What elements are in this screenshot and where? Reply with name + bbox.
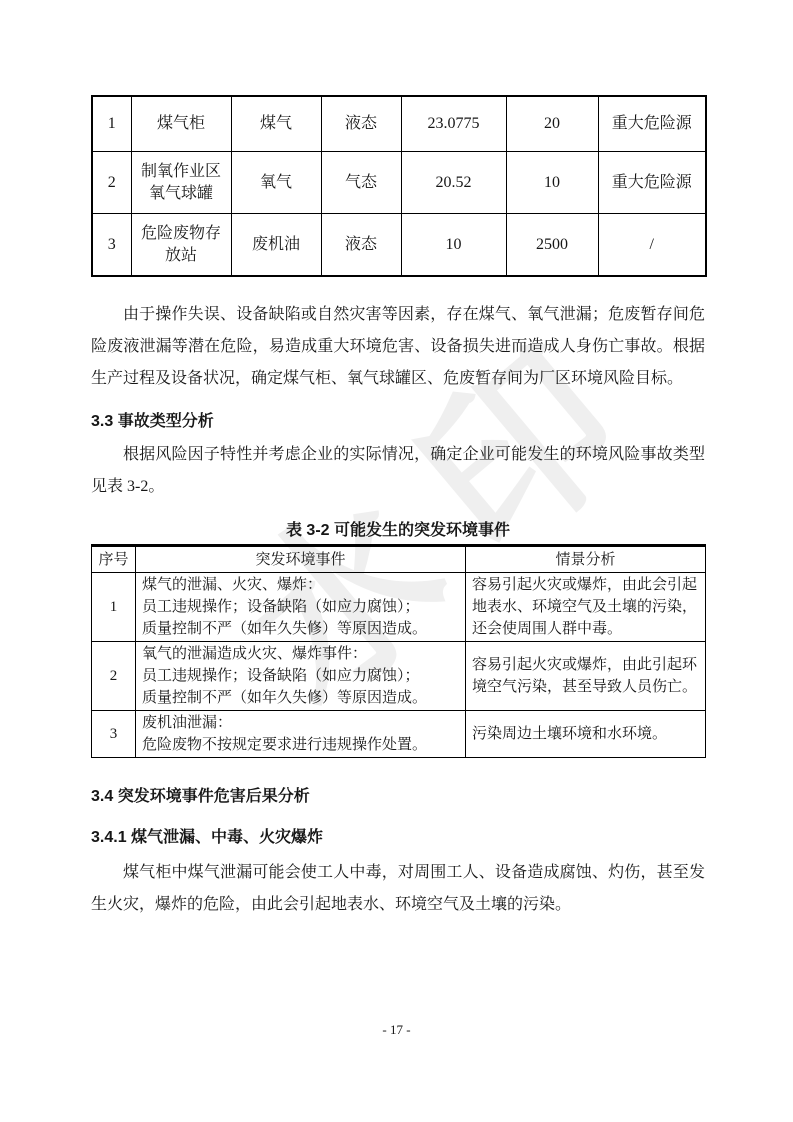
physical-state: 气态: [321, 152, 401, 214]
scenario-analysis: 容易引起火灾或爆炸，由此引起环境空气污染，甚至导致人员伤亡。: [466, 642, 706, 711]
scenario-analysis: 容易引起火灾或爆炸，由此会引起地表水、环境空气及土壤的污染，还会使周围人群中毒。: [466, 573, 706, 642]
paragraph-risk-summary: 由于操作失误、设备缺陷或自然灾害等因素，存在煤气、氧气泄漏；危废暂存间危险废液泄…: [91, 299, 705, 395]
substance: 煤气: [231, 96, 321, 152]
row-number: 3: [92, 711, 136, 758]
section-heading-3-4: 3.4 突发环境事件危害后果分析: [91, 786, 705, 808]
physical-state: 液态: [321, 96, 401, 152]
section-heading-3-4-1: 3.4.1 煤气泄漏、中毒、火灾爆炸: [91, 827, 705, 849]
table-row: 3 危险废物存 放站 废机油 液态 10 2500 /: [92, 214, 706, 277]
header-no: 序号: [92, 546, 136, 573]
threshold: 20: [506, 96, 598, 152]
paragraph-3-3: 根据风险因子特性并考虑企业的实际情况，确定企业可能发生的环境风险事故类型见表 3…: [91, 439, 705, 503]
row-number: 1: [92, 96, 131, 152]
result: 重大危险源: [598, 152, 706, 214]
unit-name: 制氧作业区 氧气球罐: [131, 152, 231, 214]
result: /: [598, 214, 706, 277]
hazard-source-table: 1 煤气柜 煤气 液态 23.0775 20 重大危险源 2 制氧作业区 氧气球…: [91, 95, 707, 277]
page-number: - 17 -: [0, 1022, 793, 1038]
threshold: 2500: [506, 214, 598, 277]
page-content: 1 煤气柜 煤气 液态 23.0775 20 重大危险源 2 制氧作业区 氧气球…: [91, 95, 705, 937]
row-number: 1: [92, 573, 136, 642]
document-page: 水印 1 煤气柜 煤气 液态 23.0775 20 重大危险源 2: [0, 0, 793, 1122]
row-number: 2: [92, 642, 136, 711]
section-heading-3-3: 3.3 事故类型分析: [91, 411, 705, 433]
incident-table-title: 表 3-2 可能发生的突发环境事件: [91, 519, 705, 543]
incident-table: 序号 突发环境事件 情景分析 1 煤气的泄漏、火灾、爆炸： 员工违规操作；设备缺…: [91, 544, 706, 758]
quantity: 20.52: [401, 152, 506, 214]
quantity: 10: [401, 214, 506, 277]
table-row: 3 废机油泄漏： 危险废物不按规定要求进行违规操作处置。 污染周边土壤环境和水环…: [92, 711, 706, 758]
quantity: 23.0775: [401, 96, 506, 152]
result: 重大危险源: [598, 96, 706, 152]
incident-event: 废机油泄漏： 危险废物不按规定要求进行违规操作处置。: [136, 711, 466, 758]
incident-event: 煤气的泄漏、火灾、爆炸： 员工违规操作；设备缺陷（如应力腐蚀）； 质量控制不严（…: [136, 573, 466, 642]
table-row: 1 煤气柜 煤气 液态 23.0775 20 重大危险源: [92, 96, 706, 152]
substance: 氧气: [231, 152, 321, 214]
header-event: 突发环境事件: [136, 546, 466, 573]
scenario-analysis: 污染周边土壤环境和水环境。: [466, 711, 706, 758]
substance: 废机油: [231, 214, 321, 277]
table-row: 2 制氧作业区 氧气球罐 氧气 气态 20.52 10 重大危险源: [92, 152, 706, 214]
row-number: 3: [92, 214, 131, 277]
table-row: 1 煤气的泄漏、火灾、爆炸： 员工违规操作；设备缺陷（如应力腐蚀）； 质量控制不…: [92, 573, 706, 642]
header-analysis: 情景分析: [466, 546, 706, 573]
unit-name: 煤气柜: [131, 96, 231, 152]
table-header-row: 序号 突发环境事件 情景分析: [92, 546, 706, 573]
unit-name: 危险废物存 放站: [131, 214, 231, 277]
paragraph-3-4-1: 煤气柜中煤气泄漏可能会使工人中毒，对周围工人、设备造成腐蚀、灼伤，甚至发生火灾，…: [91, 857, 705, 921]
incident-event: 氧气的泄漏造成火灾、爆炸事件： 员工违规操作；设备缺陷（如应力腐蚀）； 质量控制…: [136, 642, 466, 711]
row-number: 2: [92, 152, 131, 214]
table-row: 2 氧气的泄漏造成火灾、爆炸事件： 员工违规操作；设备缺陷（如应力腐蚀）； 质量…: [92, 642, 706, 711]
physical-state: 液态: [321, 214, 401, 277]
threshold: 10: [506, 152, 598, 214]
